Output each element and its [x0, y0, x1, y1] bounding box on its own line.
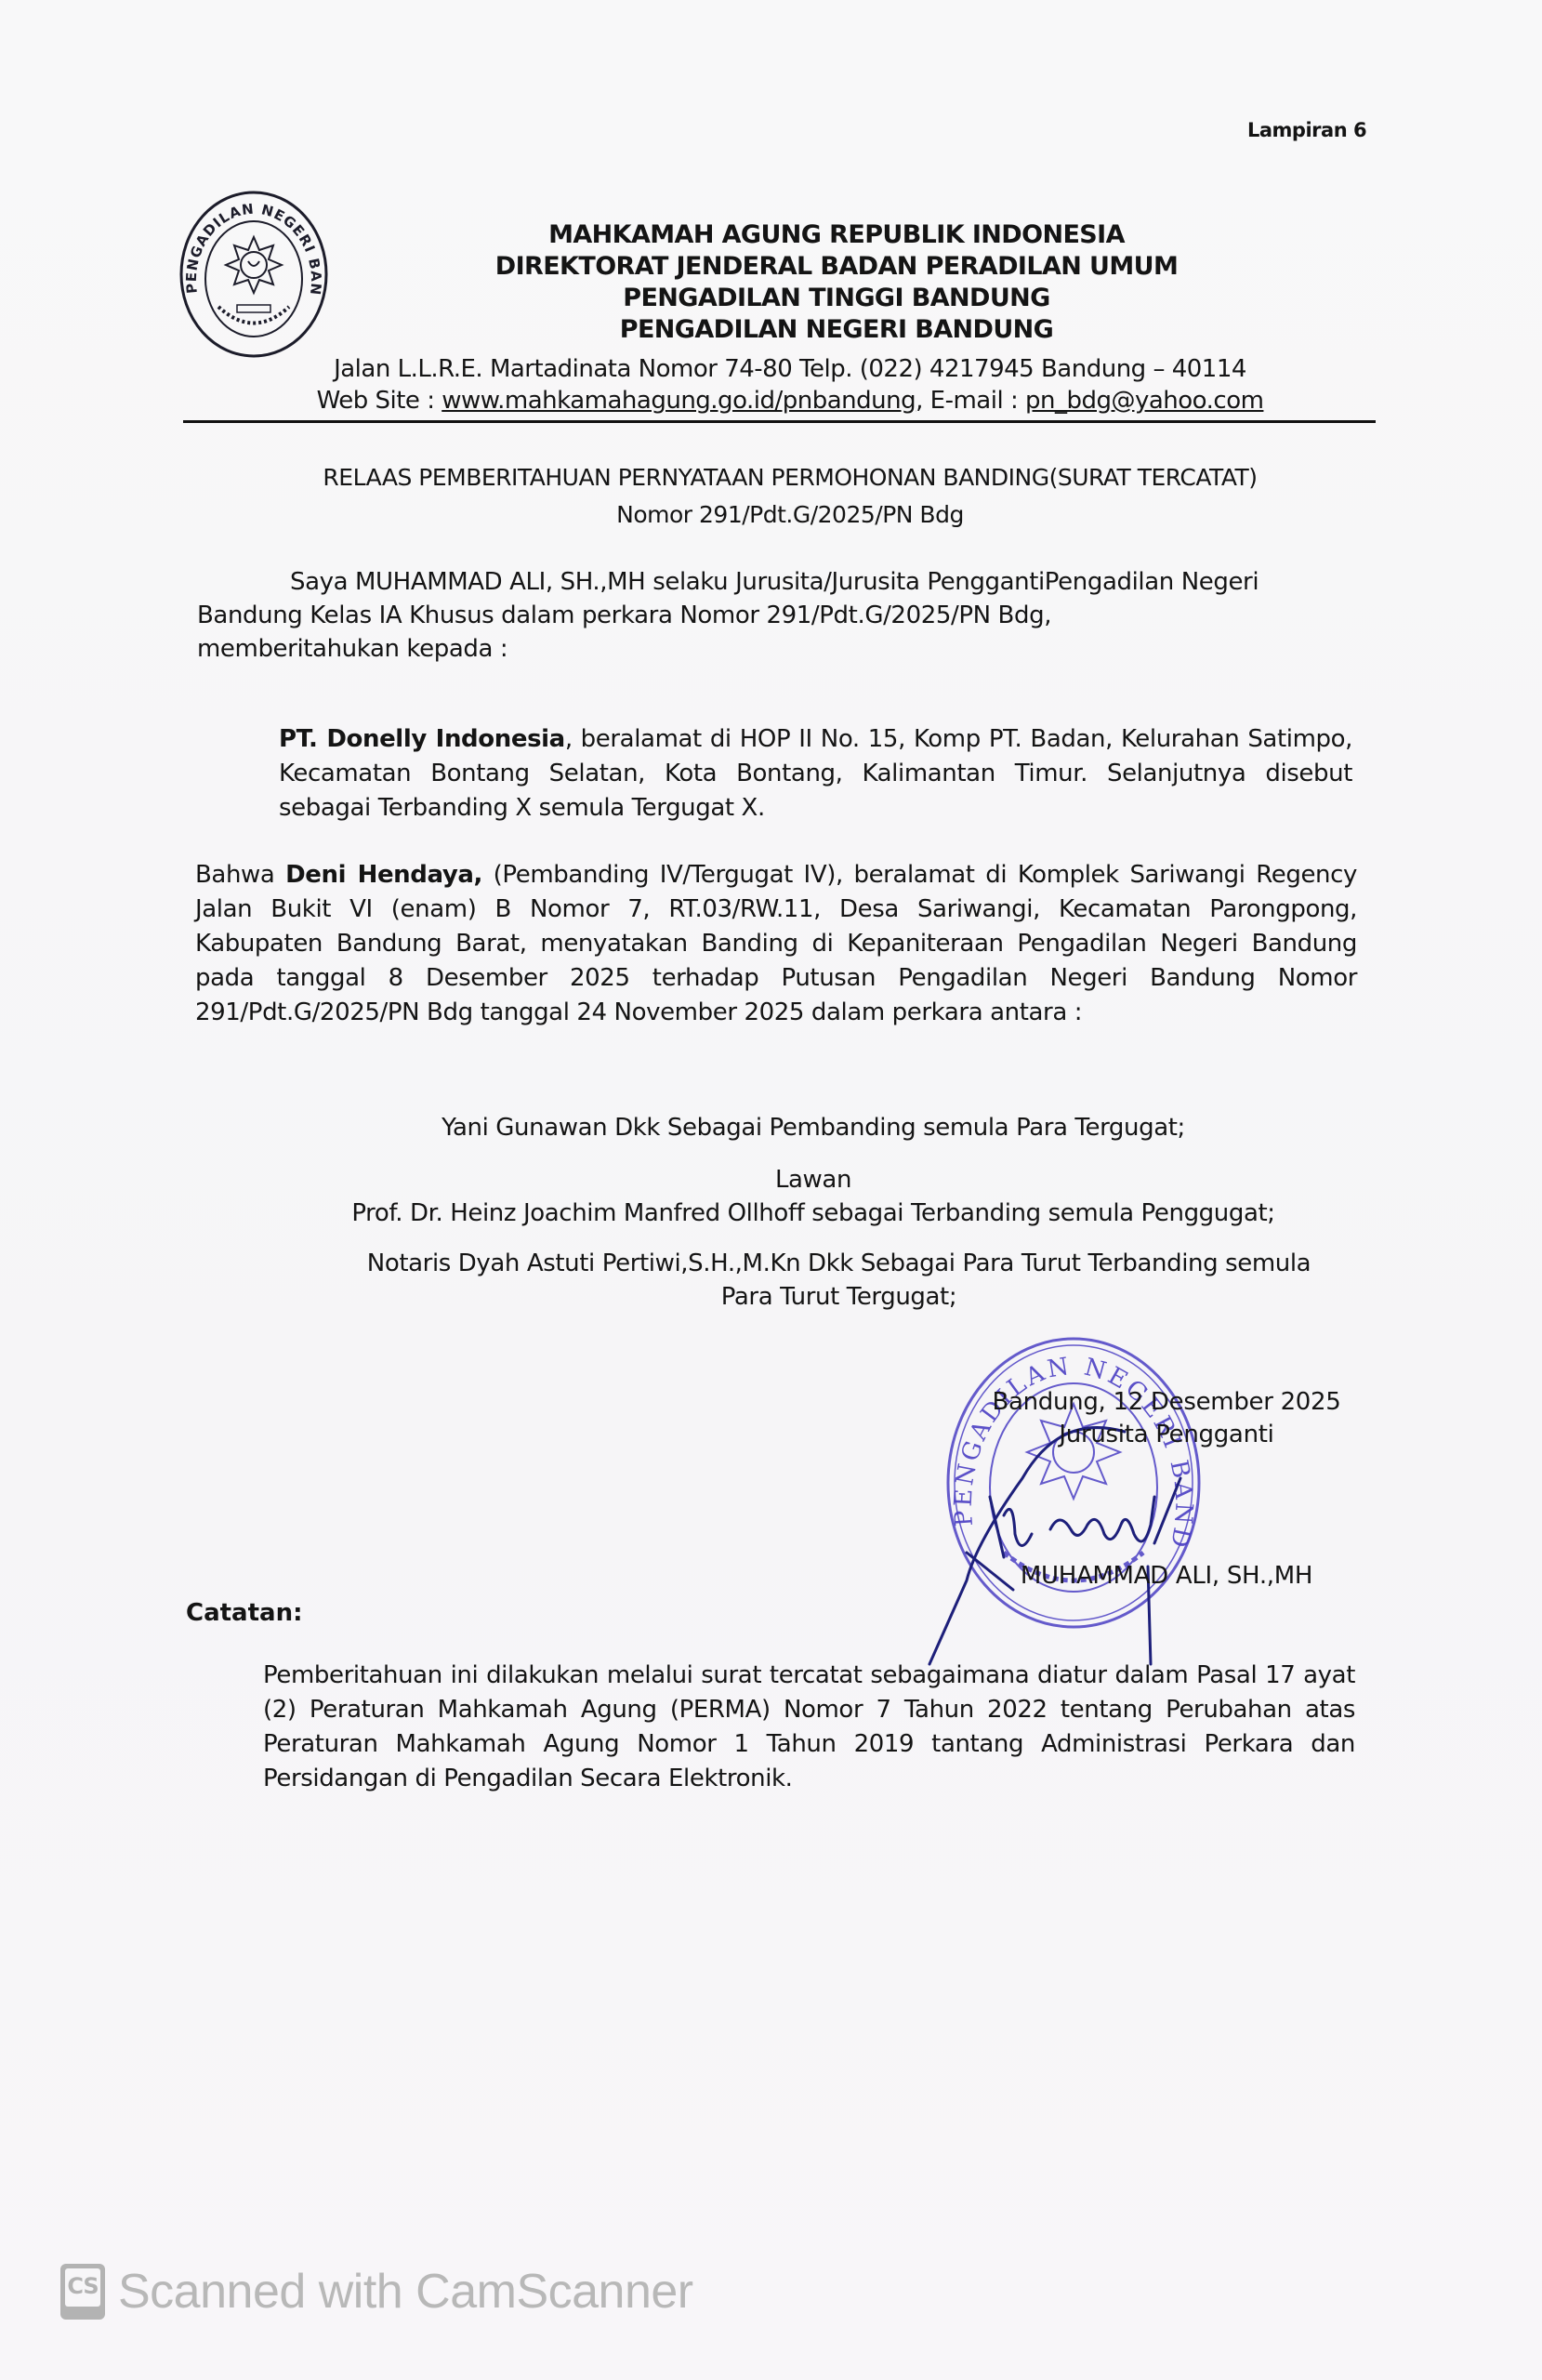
party-appellant: Yani Gunawan Dkk Sebagai Pembanding semu… [232, 1111, 1394, 1144]
party-co-respondent: Notaris Dyah Astuti Pertiwi,S.H.,M.Kn Dk… [232, 1247, 1394, 1280]
appeal-statement-paragraph: Bahwa Deni Hendaya, (Pembanding IV/Tergu… [195, 858, 1357, 1030]
opening-paragraph: Saya MUHAMMAD ALI, SH.,MH selaku Jurusit… [197, 565, 1359, 666]
note-heading: Catatan: [186, 1599, 302, 1627]
party-co-respondent-cont: Para Turut Tergugat; [232, 1280, 1394, 1314]
court-web-email: Web Site : www.mahkamahagung.go.id/pnban… [186, 385, 1394, 416]
party-versus: Lawan [232, 1163, 1394, 1197]
camscanner-logo-icon: CS [60, 2264, 105, 2320]
letterhead-line-1: MAHKAMAH AGUNG REPUBLIK INDONESIA [307, 219, 1366, 251]
website-label: Web Site : [317, 387, 442, 415]
attachment-label: Lampiran 6 [1247, 119, 1366, 141]
appellant-name: Deni Hendaya, [285, 861, 482, 889]
camscanner-watermark: CS Scanned with CamScanner [60, 2259, 693, 2324]
letterhead-line-4: PENGADILAN NEGERI BANDUNG [307, 314, 1366, 346]
website-link[interactable]: www.mahkamahagung.go.id/pnbandung [442, 387, 916, 415]
camscanner-text: Scanned with CamScanner [118, 2264, 693, 2320]
letterhead-line-2: DIREKTORAT JENDERAL BADAN PERADILAN UMUM [307, 251, 1366, 283]
email-link[interactable]: pn_bdg@yahoo.com [1025, 387, 1263, 415]
letterhead: MAHKAMAH AGUNG REPUBLIK INDONESIA DIREKT… [307, 219, 1366, 346]
signature-block: Bandung, 12 Desember 2025 Jurusita Pengg… [962, 1385, 1371, 1590]
party-respondent: Prof. Dr. Heinz Joachim Manfred Ollhoff … [232, 1197, 1394, 1230]
email-label: , E-mail : [916, 387, 1025, 415]
recipient-paragraph: PT. Donelly Indonesia, beralamat di HOP … [279, 722, 1352, 826]
court-address: Jalan L.L.R.E. Martadinata Nomor 74-80 T… [186, 353, 1394, 385]
scanned-document-page: Lampiran 6 PENGADILAN NEGERI BANDUNG MAH… [0, 0, 1542, 2380]
document-title: RELAAS PEMBERITAHUAN PERNYATAAN PERMOHON… [186, 459, 1394, 496]
opening-line-2: Bandung Kelas IA Khusus dalam perkara No… [197, 599, 1359, 632]
statement-prefix: Bahwa [195, 861, 285, 889]
signatory-name: MUHAMMAD ALI, SH.,MH [962, 1562, 1371, 1590]
document-title-block: RELAAS PEMBERITAHUAN PERNYATAAN PERMOHON… [186, 459, 1394, 534]
letterhead-divider [183, 420, 1376, 423]
letterhead-contact: Jalan L.L.R.E. Martadinata Nomor 74-80 T… [186, 353, 1394, 416]
opening-line-1: Saya MUHAMMAD ALI, SH.,MH selaku Jurusit… [197, 565, 1359, 599]
note-paragraph: Pemberitahuan ini dilakukan melalui sura… [263, 1659, 1355, 1796]
signature-role: Jurusita Pengganti [962, 1419, 1371, 1450]
opening-line-3: memberitahukan kepada : [197, 632, 1359, 666]
letterhead-line-3: PENGADILAN TINGGI BANDUNG [307, 283, 1366, 314]
case-parties: Yani Gunawan Dkk Sebagai Pembanding semu… [232, 1111, 1394, 1314]
document-number: Nomor 291/Pdt.G/2025/PN Bdg [186, 496, 1394, 534]
recipient-name: PT. Donelly Indonesia [279, 725, 565, 753]
signature-place-date: Bandung, 12 Desember 2025 [962, 1385, 1371, 1419]
